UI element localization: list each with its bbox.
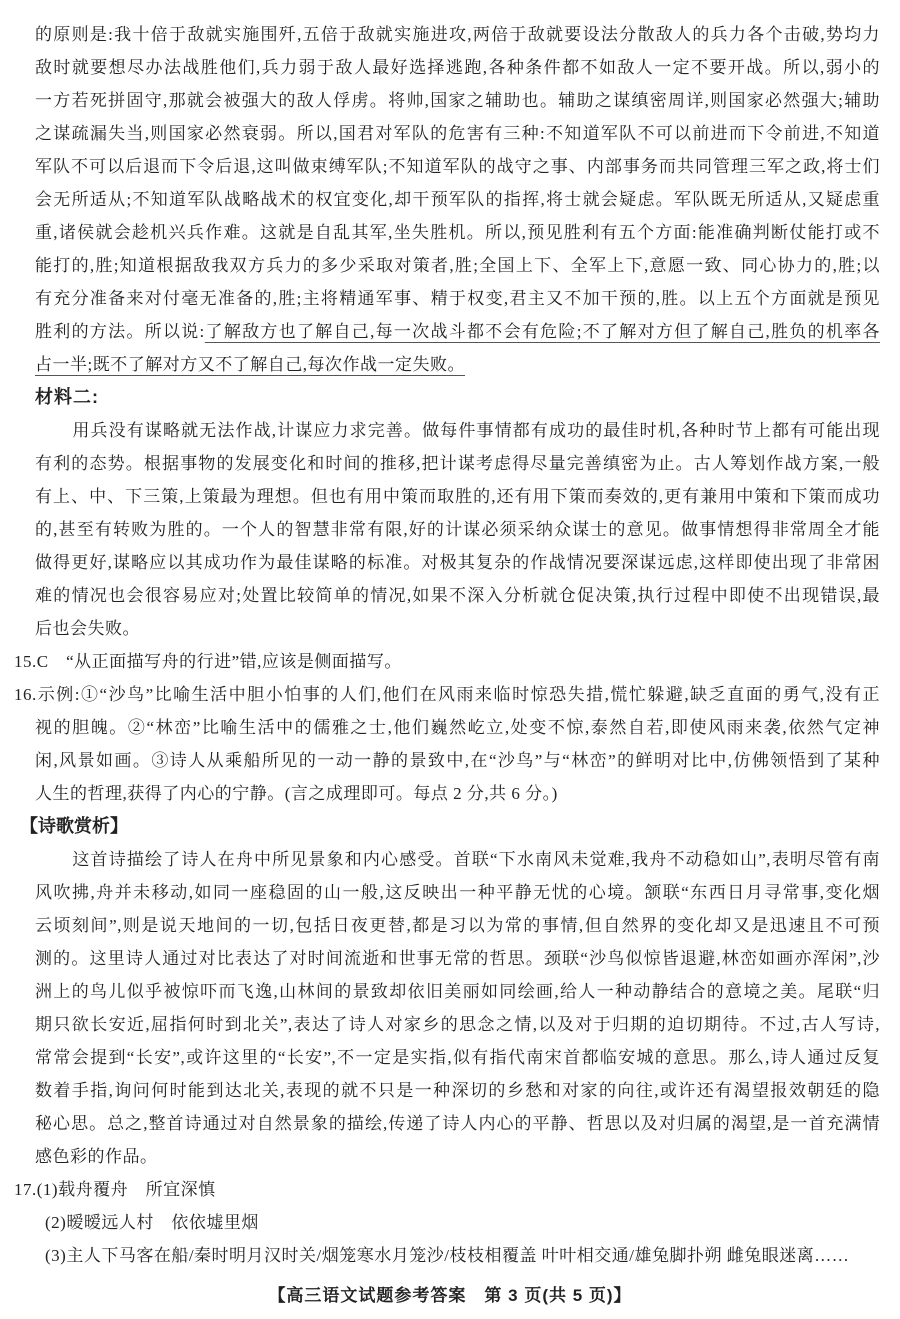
text-segment: 感色彩的作品。 [35,1147,158,1166]
text-segment: 闲,风景如画。③诗人从乘船所见的一动一静的景致中,在“沙鸟”与“林峦”的鲜明对比… [35,751,880,770]
text-segment: 15.C “从正面描写舟的行进”错,应该是侧面描写。 [14,652,402,671]
material-two-translation-line: 用兵没有谋略就无法作战,计谋应力求完善。做每件事情都有成功的最佳时机,各种时节上… [35,414,880,447]
poem-appreciation-line: 云顷刻间”,则是说天地间的一切,包括日夜更替,都是习以为常的事情,但自然界的变化… [35,909,880,942]
underlined-text-segment: 了解敌方也了解自己,每一次战斗都不会有危险;不了解对方但了解自己,胜负的机率各 [205,322,880,341]
material-one-translation-line: 会无所适从;不知道军队战略战术的权宜变化,却干预军队的指挥,将士就会疑虑。军队既… [35,183,880,216]
text-segment: 有充分准备来对付毫无准备的,胜;主将精通军事、精于权变,君主又不加干预的,胜。以… [35,289,880,308]
material-two-translation-line: 难的情况也会很容易应对;处置比较简单的情况,如果不深入分析就仓促决策,执行过程中… [35,579,880,612]
text-segment: (3)主人下马客在船/秦时明月汉时关/烟笼寒水月笼沙/枝枝相覆盖 叶叶相交通/雄… [45,1246,849,1265]
text-segment: 云顷刻间”,则是说天地间的一切,包括日夜更替,都是习以为常的事情,但自然界的变化… [35,916,880,935]
material-two-translation-line: 后也会失败。 [35,612,880,645]
answer-key-page: 的原则是:我十倍于敌就实施围歼,五倍于敌就实施进攻,两倍于敌就要设法分散敌人的兵… [0,0,900,1319]
poem-appreciation-line: 测的。这里诗人通过对比表达了对时间流逝和世事无常的哲思。颈联“沙鸟似惊皆退避,林… [35,942,880,975]
material-one-translation-line: 敌时就要想尽办法战胜他们,兵力弱于敌人最好选择逃跑,各种条件都不如敌人一定不要开… [35,51,880,84]
answer-16-line: 视的胆魄。②“林峦”比喻生活中的儒雅之士,他们巍然屹立,处变不惊,泰然自若,即使… [35,711,880,744]
text-segment: 会无所适从;不知道军队战略战术的权宜变化,却干预军队的指挥,将士就会疑虑。军队既… [35,190,880,209]
material-two-translation-line: 有上、中、下三策,上策最为理想。但也有用中策而取胜的,还有用下策而奏效的,更有兼… [35,480,880,513]
text-segment: 胜利的方法。所以说: [35,322,205,341]
text-segment: 秘心思。总之,整首诗通过对自然景象的描绘,传递了诗人内心的平静、哲思以及对归属的… [35,1114,880,1133]
text-segment: 视的胆魄。②“林峦”比喻生活中的儒雅之士,他们巍然屹立,处变不惊,泰然自若,即使… [35,718,880,737]
text-segment: 17.(1)载舟覆舟 所宜深慎 [14,1180,216,1199]
poem-appreciation-line: 感色彩的作品。 [35,1140,880,1173]
poem-appreciation-line: 常常会提到“长安”,或许这里的“长安”,不一定是实指,似有指代南宋首都临安城的意… [35,1041,880,1074]
text-segment: (2)暧暧远人村 依依墟里烟 [45,1213,259,1232]
text-segment: 后也会失败。 [35,619,140,638]
text-segment: 期只欲长安近,屈指何时到北关”,表达了诗人对家乡的思念之情,以及对于归期的迫切期… [35,1015,880,1034]
text-segment: 人生的哲理,获得了内心的宁静。(言之成理即可。每点 2 分,共 6 分。) [35,784,558,803]
underlined-text-segment: 占一半;既不了解对方又不了解自己,每次作战一定失败。 [35,355,465,374]
answer-16-line: 闲,风景如画。③诗人从乘船所见的一动一静的景致中,在“沙鸟”与“林峦”的鲜明对比… [35,744,880,777]
text-segment: 能打的,胜;知道根据敌我双方兵力的多少采取对策者,胜;全国上下、全军上下,意愿一… [35,256,880,275]
page-footer: 【高三语文试题参考答案 第 3 页(共 5 页)】 [0,1281,900,1306]
text-segment: 洲上的鸟儿似乎被惊吓而飞逸,山林间的景致却依旧美丽如同绘画,给人一种动静结合的意… [35,982,880,1001]
document-body: 的原则是:我十倍于敌就实施围歼,五倍于敌就实施进攻,两倍于敌就要设法分散敌人的兵… [35,18,880,1272]
material-one-translation-line: 能打的,胜;知道根据敌我双方兵力的多少采取对策者,胜;全国上下、全军上下,意愿一… [35,249,880,282]
answer-16-line: 人生的哲理,获得了内心的宁静。(言之成理即可。每点 2 分,共 6 分。) [35,777,880,810]
text-segment: 之谋疏漏失当,则国家必然衰弱。所以,国君对军队的危害有三种:不知道军队不可以前进… [35,124,880,143]
poem-appreciation-line: 风吹拂,舟并未移动,如同一座稳固的山一般,这反映出一种平静无忧的心境。颔联“东西… [35,876,880,909]
poem-appreciation-line: 数着手指,询问何时能到达北关,表现的就不只是一种深切的乡愁和对家的向往,或许还有… [35,1074,880,1107]
answer-17-2: (2)暧暧远人村 依依墟里烟 [45,1206,880,1239]
text-segment: 一方若死拼固守,那就会被强大的敌人俘虏。将帅,国家之辅助也。辅助之谋缜密周详,则… [35,91,880,110]
poem-appreciation-line: 期只欲长安近,屈指何时到北关”,表达了诗人对家乡的思念之情,以及对于归期的迫切期… [35,1008,880,1041]
poem-appreciation-line: 洲上的鸟儿似乎被惊吓而飞逸,山林间的景致却依旧美丽如同绘画,给人一种动静结合的意… [35,975,880,1008]
answer-17-3: (3)主人下马客在船/秦时明月汉时关/烟笼寒水月笼沙/枝枝相覆盖 叶叶相交通/雄… [45,1239,880,1272]
text-segment: 做得更好,谋略应以其成功作为最佳谋略的标准。对极其复杂的作战情况要深谋远虑,这样… [35,553,880,572]
poem-appreciation-line: 秘心思。总之,整首诗通过对自然景象的描绘,传递了诗人内心的平静、哲思以及对归属的… [35,1107,880,1140]
text-segment: 测的。这里诗人通过对比表达了对时间流逝和世事无常的哲思。颈联“沙鸟似惊皆退避,林… [35,949,880,968]
material-two-translation-line: 的,甚至有转败为胜的。一个人的智慧非常有限,好的计谋必须采纳众谋士的意见。做事情… [35,513,880,546]
material-one-translation-line: 占一半;既不了解对方又不了解自己,每次作战一定失败。 [35,348,880,381]
material-one-translation-line: 之谋疏漏失当,则国家必然衰弱。所以,国君对军队的危害有三种:不知道军队不可以前进… [35,117,880,150]
answer-15: 15.C “从正面描写舟的行进”错,应该是侧面描写。 [14,645,880,678]
text-segment: 风吹拂,舟并未移动,如同一座稳固的山一般,这反映出一种平静无忧的心境。颔联“东西… [35,883,880,902]
text-segment: 常常会提到“长安”,或许这里的“长安”,不一定是实指,似有指代南宋首都临安城的意… [35,1048,880,1067]
material-two-translation-line: 做得更好,谋略应以其成功作为最佳谋略的标准。对极其复杂的作战情况要深谋远虑,这样… [35,546,880,579]
text-segment: 的原则是:我十倍于敌就实施围歼,五倍于敌就实施进攻,两倍于敌就要设法分散敌人的兵… [35,25,880,44]
material-two-header: 材料二: [35,381,880,414]
text-segment: 军队不可以后退而下令后退,这叫做束缚军队;不知道军队的战守之事、内部事务而共同管… [35,157,880,176]
answer-17-1: 17.(1)载舟覆舟 所宜深慎 [14,1173,880,1206]
text-segment: 难的情况也会很容易应对;处置比较简单的情况,如果不深入分析就仓促决策,执行过程中… [35,586,880,605]
text-segment: 重,诸侯就会趁机兴兵作难。这就是自乱其军,坐失胜机。所以,预见胜利有五个方面:能… [35,223,880,242]
material-one-translation-line: 有充分准备来对付毫无准备的,胜;主将精通军事、精于权变,君主又不加干预的,胜。以… [35,282,880,315]
text-segment: 数着手指,询问何时能到达北关,表现的就不只是一种深切的乡愁和对家的向往,或许还有… [35,1081,880,1100]
footer-text: 【高三语文试题参考答案 第 3 页(共 5 页)】 [268,1286,631,1305]
text-segment: 敌时就要想尽办法战胜他们,兵力弱于敌人最好选择逃跑,各种条件都不如敌人一定不要开… [35,58,880,77]
text-segment: 16.示例:①“沙鸟”比喻生活中胆小怕事的人们,他们在风雨来临时惊恐失措,慌忙躲… [14,685,880,704]
text-segment: 【诗歌赏析】 [20,816,128,836]
text-segment: 这首诗描绘了诗人在舟中所见景象和内心感受。首联“下水南风未觉难,我舟不动稳如山”… [72,850,880,869]
text-segment: 材料二: [35,387,99,407]
material-two-translation-line: 有利的态势。根据事物的发展变化和时间的推移,把计谋考虑得尽量完善缜密为止。古人筹… [35,447,880,480]
material-one-translation-line: 一方若死拼固守,那就会被强大的敌人俘虏。将帅,国家之辅助也。辅助之谋缜密周详,则… [35,84,880,117]
material-one-translation-line: 的原则是:我十倍于敌就实施围歼,五倍于敌就实施进攻,两倍于敌就要设法分散敌人的兵… [35,18,880,51]
text-segment: 用兵没有谋略就无法作战,计谋应力求完善。做每件事情都有成功的最佳时机,各种时节上… [72,421,880,440]
text-segment: 有利的态势。根据事物的发展变化和时间的推移,把计谋考虑得尽量完善缜密为止。古人筹… [35,454,880,473]
material-one-translation-line: 重,诸侯就会趁机兴兵作难。这就是自乱其军,坐失胜机。所以,预见胜利有五个方面:能… [35,216,880,249]
material-one-translation-line: 军队不可以后退而下令后退,这叫做束缚军队;不知道军队的战守之事、内部事务而共同管… [35,150,880,183]
text-segment: 的,甚至有转败为胜的。一个人的智慧非常有限,好的计谋必须采纳众谋士的意见。做事情… [35,520,880,539]
poem-appreciation-header: 【诗歌赏析】 [20,810,880,843]
answer-16-line: 16.示例:①“沙鸟”比喻生活中胆小怕事的人们,他们在风雨来临时惊恐失措,慌忙躲… [14,678,880,711]
text-segment: 有上、中、下三策,上策最为理想。但也有用中策而取胜的,还有用下策而奏效的,更有兼… [35,487,880,506]
material-one-translation-line: 胜利的方法。所以说:了解敌方也了解自己,每一次战斗都不会有危险;不了解对方但了解… [35,315,880,348]
poem-appreciation-line: 这首诗描绘了诗人在舟中所见景象和内心感受。首联“下水南风未觉难,我舟不动稳如山”… [35,843,880,876]
